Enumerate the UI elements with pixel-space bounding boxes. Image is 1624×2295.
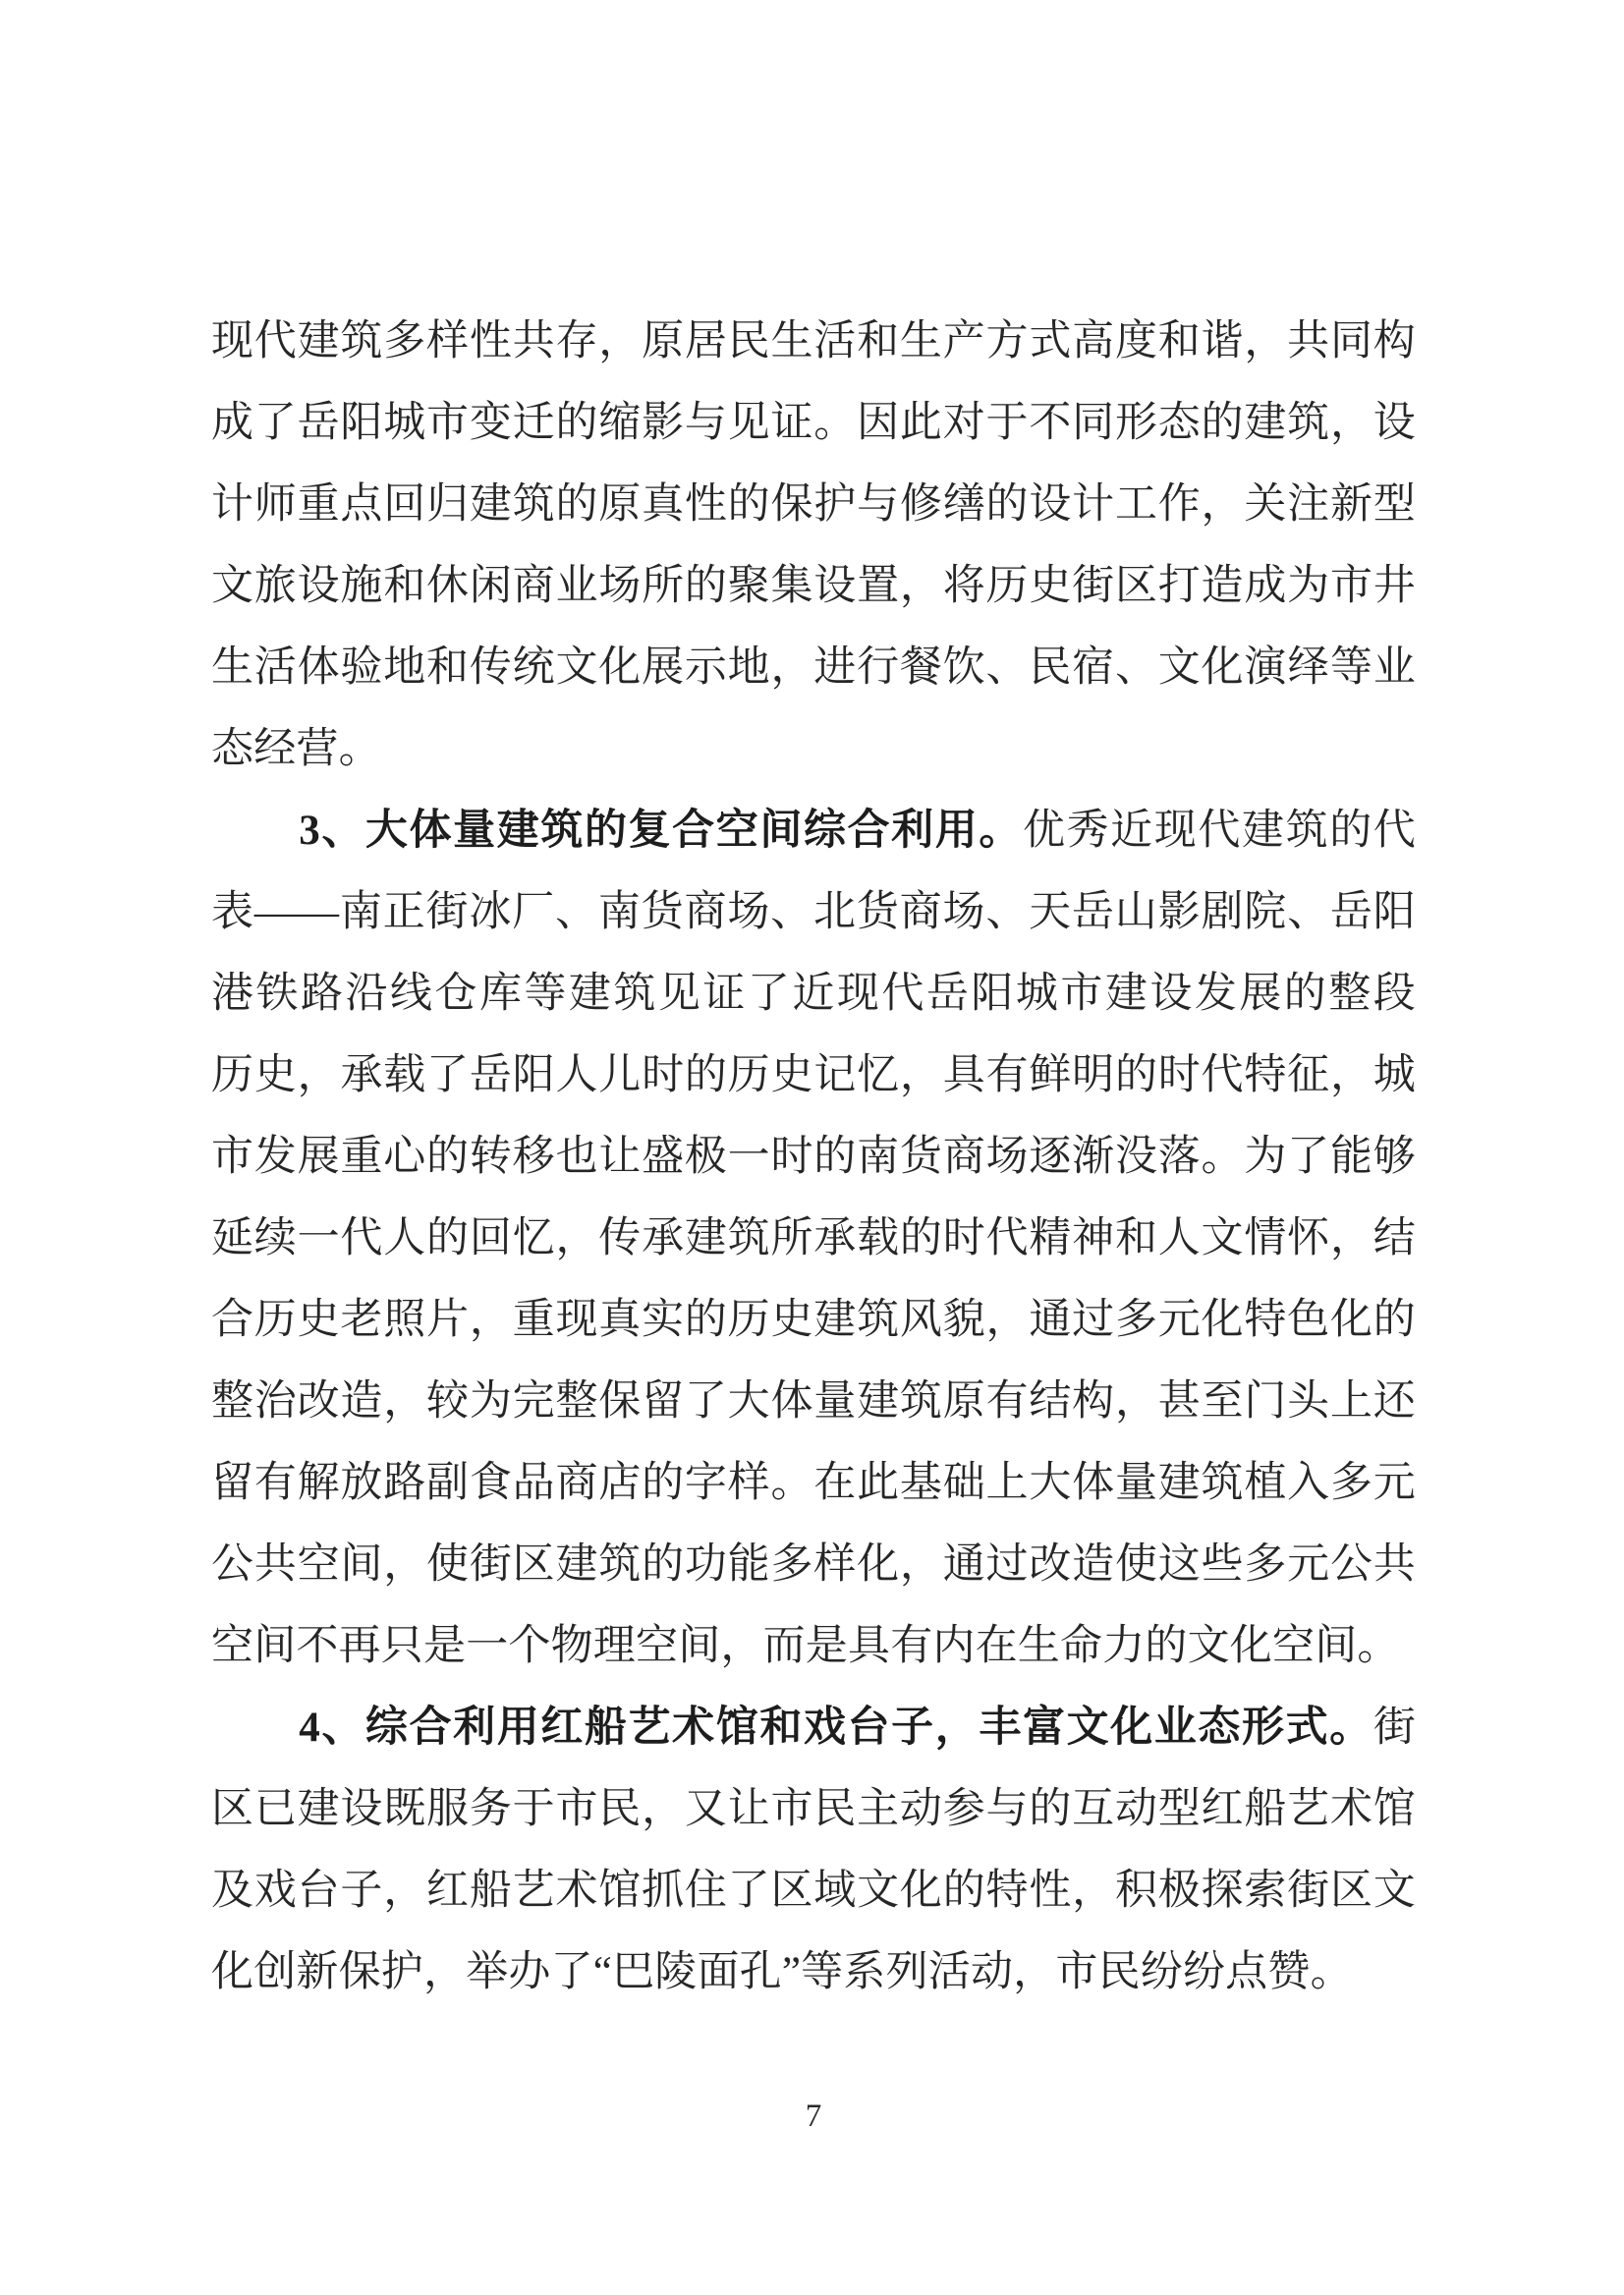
- text-line: 留有解放路副食品商店的字样。在此基础上大体量建筑植入多元: [211, 1442, 1416, 1524]
- body-text: 及戏台子，红船艺术馆抓住了区域文化的特性，积极探索街区文: [211, 1868, 1416, 1914]
- text-line: 化创新保护，举办了“巴陵面孔”等系列活动，市民纷纷点赞。: [211, 1931, 1416, 2013]
- body-text: 整治改造，较为完整保留了大体量建筑原有结构，甚至门头上还: [211, 1378, 1416, 1425]
- heading-text: 3、大体量建筑的复合空间综合利用。: [299, 808, 1023, 854]
- text-line: 表——南正街冰厂、南货商场、北货商场、天岳山影剧院、岳阳: [211, 871, 1416, 953]
- body-text: 计师重点回归建筑的原真性的保护与修缮的设计工作，关注新型: [211, 481, 1416, 528]
- heading-text: 4、综合利用红船艺术馆和戏台子，丰富文化业态形式。: [299, 1705, 1373, 1751]
- body-text: 公共空间，使街区建筑的功能多样化，通过改造使这些多元公共: [211, 1541, 1416, 1588]
- text-line: 港铁路沿线仓库等建筑见证了近现代岳阳城市建设发展的整段: [211, 953, 1416, 1035]
- body-text: 表——南正街冰厂、南货商场、北货商场、天岳山影剧院、岳阳: [211, 889, 1416, 935]
- text-line: 历史，承载了岳阳人儿时的历史记忆，具有鲜明的时代特征，城: [211, 1035, 1416, 1116]
- body-text: 延续一代人的回忆，传承建筑所承载的时代精神和人文情怀，结: [211, 1215, 1416, 1261]
- text-line: 现代建筑多样性共存，原居民生活和生产方式高度和谐，共同构: [211, 301, 1416, 382]
- body-text: 优秀近现代建筑的代: [1023, 808, 1416, 854]
- body-text: 现代建筑多样性共存，原居民生活和生产方式高度和谐，共同构: [211, 318, 1416, 364]
- body-text: 港铁路沿线仓库等建筑见证了近现代岳阳城市建设发展的整段: [211, 971, 1416, 1017]
- document-text: 现代建筑多样性共存，原居民生活和生产方式高度和谐，共同构成了岳阳城市变迁的缩影与…: [211, 301, 1416, 2013]
- body-text: 合历史老照片，重现真实的历史建筑风貌，通过多元化特色化的: [211, 1297, 1416, 1343]
- text-line: 空间不再只是一个物理空间，而是具有内在生命力的文化空间。: [211, 1605, 1416, 1687]
- body-text: 留有解放路副食品商店的字样。在此基础上大体量建筑植入多元: [211, 1460, 1416, 1506]
- paragraph-p2: 3、大体量建筑的复合空间综合利用。优秀近现代建筑的代表——南正街冰厂、南货商场、…: [211, 790, 1416, 1687]
- body-text: 成了岳阳城市变迁的缩影与见证。因此对于不同形态的建筑，设: [211, 400, 1416, 446]
- text-line: 成了岳阳城市变迁的缩影与见证。因此对于不同形态的建筑，设: [211, 382, 1416, 464]
- text-line: 整治改造，较为完整保留了大体量建筑原有结构，甚至门头上还: [211, 1361, 1416, 1442]
- text-line: 合历史老照片，重现真实的历史建筑风貌，通过多元化特色化的: [211, 1279, 1416, 1361]
- body-text: 历史，承载了岳阳人儿时的历史记忆，具有鲜明的时代特征，城: [211, 1052, 1416, 1098]
- text-line: 公共空间，使街区建筑的功能多样化，通过改造使这些多元公共: [211, 1524, 1416, 1605]
- text-line: 生活体验地和传统文化展示地，进行餐饮、民宿、文化演绎等业: [211, 627, 1416, 708]
- text-line: 及戏台子，红船艺术馆抓住了区域文化的特性，积极探索街区文: [211, 1850, 1416, 1931]
- text-line: 3、大体量建筑的复合空间综合利用。优秀近现代建筑的代: [211, 790, 1416, 871]
- text-line: 计师重点回归建筑的原真性的保护与修缮的设计工作，关注新型: [211, 464, 1416, 545]
- body-text: 态经营。: [211, 726, 381, 772]
- page-number: 7: [211, 2097, 1416, 2136]
- paragraph-p3: 4、综合利用红船艺术馆和戏台子，丰富文化业态形式。街区已建设既服务于市民，又让市…: [211, 1687, 1416, 2013]
- paragraph-p1: 现代建筑多样性共存，原居民生活和生产方式高度和谐，共同构成了岳阳城市变迁的缩影与…: [211, 301, 1416, 790]
- body-text: 空间不再只是一个物理空间，而是具有内在生命力的文化空间。: [211, 1623, 1400, 1669]
- text-line: 4、综合利用红船艺术馆和戏台子，丰富文化业态形式。街: [211, 1687, 1416, 1768]
- body-text: [211, 808, 299, 854]
- document-page: 现代建筑多样性共存，原居民生活和生产方式高度和谐，共同构成了岳阳城市变迁的缩影与…: [0, 0, 1624, 2295]
- body-text: 文旅设施和休闲商业场所的聚集设置，将历史街区打造成为市井: [211, 563, 1416, 609]
- body-text: 区已建设既服务于市民，又让市民主动参与的互动型红船艺术馆: [211, 1786, 1416, 1832]
- body-text: 市发展重心的转移也让盛极一时的南货商场逐渐没落。为了能够: [211, 1134, 1416, 1180]
- text-line: 区已建设既服务于市民，又让市民主动参与的互动型红船艺术馆: [211, 1768, 1416, 1850]
- text-line: 态经营。: [211, 708, 1416, 790]
- text-line: 文旅设施和休闲商业场所的聚集设置，将历史街区打造成为市井: [211, 545, 1416, 627]
- body-text: 街: [1373, 1705, 1416, 1751]
- text-line: 市发展重心的转移也让盛极一时的南货商场逐渐没落。为了能够: [211, 1116, 1416, 1198]
- text-line: 延续一代人的回忆，传承建筑所承载的时代精神和人文情怀，结: [211, 1198, 1416, 1279]
- body-text: 生活体验地和传统文化展示地，进行餐饮、民宿、文化演绎等业: [211, 644, 1416, 691]
- body-text: 化创新保护，举办了“巴陵面孔”等系列活动，市民纷纷点赞。: [211, 1949, 1353, 1995]
- body-text: [211, 1705, 299, 1751]
